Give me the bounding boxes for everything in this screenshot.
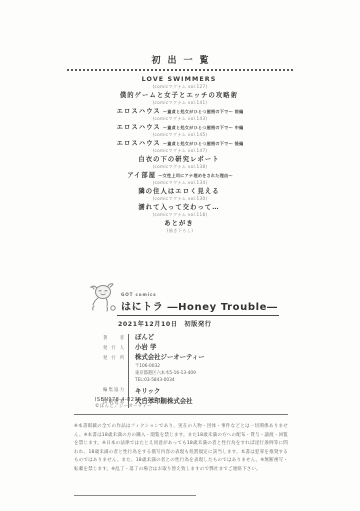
chapter-source: (comicマグナム vol.138) <box>138 164 221 170</box>
chapter-subtitle: ～童貞と処女がひとつ屋根の下で～ 前編 <box>163 109 244 114</box>
chapter-title-text: LOVE SWIMMERS <box>142 76 217 83</box>
chapter-source: (comicマグナム vol.118) <box>138 212 221 218</box>
chapter-source: (comicマグナム vol.145) <box>117 132 244 138</box>
chapter-source: (描き下ろし) <box>164 228 196 234</box>
imprint-label: GOT comics <box>121 292 156 297</box>
credit-label-spacer <box>103 364 128 371</box>
publisher-tel: TEL:03-5843-0034 <box>128 378 278 385</box>
list-item: エロスハウス～童貞と処女がひとつ屋根の下で～ 後編 (comicマグナム vol… <box>117 140 244 154</box>
chapter-title-text: 僕的ゲームと女子とエッチの攻略術 <box>120 92 238 99</box>
isbn-number: ISBN978-4-8236-0242-3 <box>95 397 164 404</box>
list-item: 隣の住人はエロく見える (comicマグナム vol.130) <box>138 188 221 202</box>
chapter-title-text: 隣の住人はエロく見える <box>138 188 219 195</box>
chapter-source: (comicマグナム vol.134) <box>127 180 233 186</box>
colophon-page: 初出一覧 LOVE SWIMMERS (comicマグナム vol.127) 僕… <box>0 0 360 511</box>
chapter-source: (comicマグナム vol.130) <box>138 196 221 202</box>
list-item: エロスハウス～童貞と処女がひとつ屋根の下で～ 前編 (comicマグナム vol… <box>117 108 244 122</box>
list-item: アイ部屋～女性上司にアナ埋めをされた理由～ (comicマグナム vol.134… <box>127 172 233 186</box>
edition-date: 2021年12月10日 初版発行 <box>118 319 212 328</box>
chapter-source: (comicマグナム vol.127) <box>142 84 219 90</box>
chapter-title-text: 濡れて入って交わって… <box>138 204 219 211</box>
publisher-address: 東京都港区六本木5-16-13-409 <box>128 371 278 378</box>
credit-value-office: 株式会社ジーオーティー <box>128 354 278 364</box>
page-title: 初出一覧 <box>0 53 360 66</box>
list-item: LOVE SWIMMERS (comicマグナム vol.127) <box>142 76 219 90</box>
isbn-block: ISBN978-4-8236-0242-3 ©ぽんど／ジーオーティー <box>95 397 164 410</box>
chapter-title: 白衣の下の研究レポート <box>138 156 221 164</box>
chapter-subtitle: ～童貞と処女がひとつ屋根の下で～ 後編 <box>163 141 244 146</box>
chapter-title-text: エロスハウス <box>117 140 161 147</box>
chapter-title-text: エロスハウス <box>117 108 161 115</box>
book-title-block: はにトラ ―Honey Trouble― <box>117 298 279 316</box>
chapter-title-text: エロスハウス <box>117 124 161 131</box>
list-item: 僕的ゲームと女子とエッチの攻略術 (comicマグナム vol.141) <box>120 92 240 106</box>
chapter-title: 隣の住人はエロく見える <box>138 188 221 196</box>
credit-label-publisher: 発行人 <box>103 344 128 354</box>
chapter-title-text: アイ部屋 <box>127 172 156 179</box>
divider-line <box>74 414 288 415</box>
copyright-line: ©ぽんど／ジーオーティー <box>95 404 164 410</box>
chapter-source: (comicマグナム vol.141) <box>120 100 240 106</box>
credit-label-office: 発行所 <box>103 354 128 364</box>
chapter-title: 僕的ゲームと女子とエッチの攻略術 <box>120 92 240 100</box>
legal-disclaimer: ※本書掲載の全ての作品はフィクションであり、実在の人物・団体・事件などとは一切関… <box>74 423 288 475</box>
chapter-title: LOVE SWIMMERS <box>142 76 219 84</box>
credit-label-spacer <box>103 378 128 385</box>
bottom-divider-line <box>74 495 196 496</box>
list-item: エロスハウス～童貞と処女がひとつ屋根の下で～ 中編 (comicマグナム vol… <box>117 124 244 138</box>
list-item: あとがき (描き下ろし) <box>164 220 196 234</box>
chapter-list: LOVE SWIMMERS (comicマグナム vol.127) 僕的ゲームと… <box>0 76 360 236</box>
chapter-subtitle: ～童貞と処女がひとつ屋根の下で～ 中編 <box>163 125 244 130</box>
chapter-title: エロスハウス～童貞と処女がひとつ屋根の下で～ 中編 <box>117 124 244 132</box>
publisher-postal-code: 〒106-0032 <box>128 364 278 371</box>
chapter-source: (comicマグナム vol.147) <box>117 148 244 154</box>
list-item: 白衣の下の研究レポート (comicマグナム vol.138) <box>138 156 221 170</box>
chapter-title-text: あとがき <box>164 220 194 227</box>
chapter-title: あとがき <box>164 220 196 228</box>
credit-label-spacer <box>103 371 128 378</box>
chapter-source: (comicマグナム vol.143) <box>117 116 244 122</box>
list-item: 濡れて入って交わって… (comicマグナム vol.118) <box>138 204 221 218</box>
chapter-title: 濡れて入って交わって… <box>138 204 221 212</box>
dotted-divider <box>67 69 293 71</box>
mascot-doodle-illustration <box>86 283 118 317</box>
credit-label-author: 著者 <box>103 334 128 344</box>
chapter-title: エロスハウス～童貞と処女がひとつ屋根の下で～ 後編 <box>117 140 244 148</box>
chapter-subtitle: ～女性上司にアナ埋めをされた理由～ <box>158 173 233 178</box>
book-title: はにトラ ―Honey Trouble― <box>117 298 279 313</box>
chapter-title: アイ部屋～女性上司にアナ埋めをされた理由～ <box>127 172 233 180</box>
chapter-title-text: 白衣の下の研究レポート <box>138 156 219 163</box>
chapter-title: エロスハウス～童貞と処女がひとつ屋根の下で～ 前編 <box>117 108 244 116</box>
